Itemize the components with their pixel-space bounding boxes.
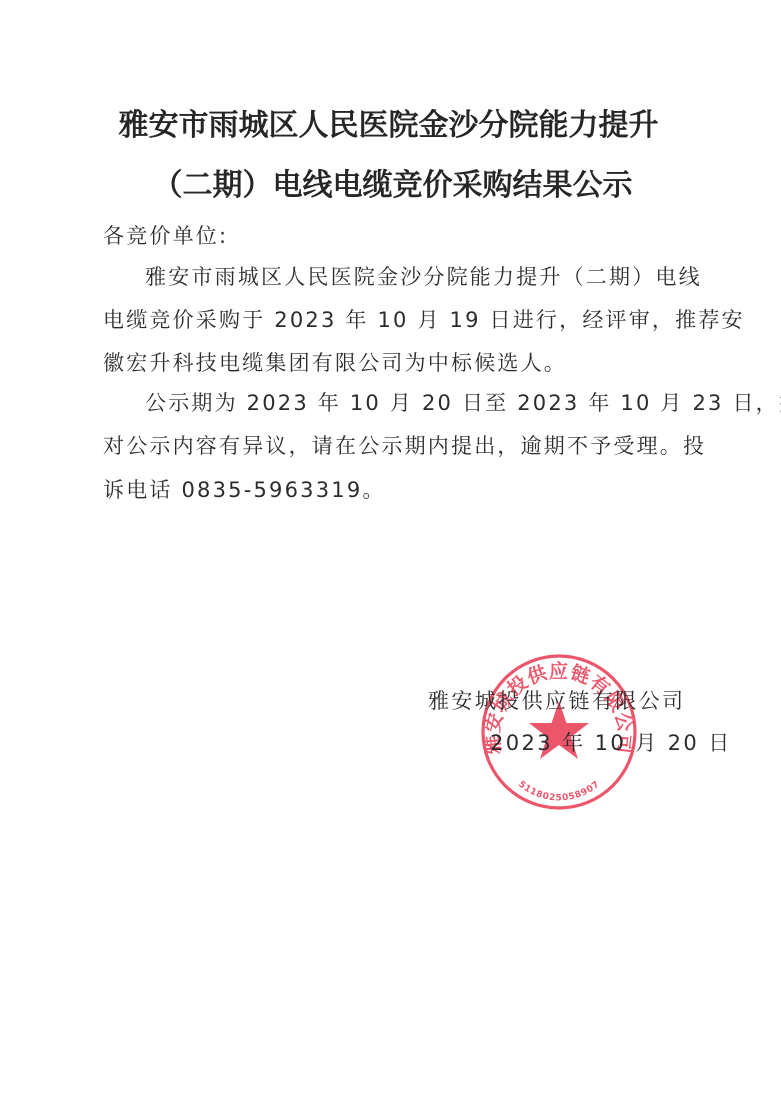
paragraph-1-line-2: 电缆竞价采购于 2023 年 10 月 19 日进行，经评审，推荐安	[103, 304, 745, 334]
paragraph-2-line-1: 公示期为 2023 年 10 月 20 日至 2023 年 10 月 23 日，…	[145, 387, 781, 417]
document-page: 雅安市雨城区人民医院金沙分院能力提升 （二期）电线电缆竞价采购结果公示 各竞价单…	[0, 0, 781, 1103]
document-title-line-2: （二期）电线电缆竞价采购结果公示	[2, 160, 781, 204]
signature-organization: 雅安城投供应链有限公司	[428, 685, 685, 715]
paragraph-1-line-1: 雅安市雨城区人民医院金沙分院能力提升（二期）电线	[145, 261, 702, 291]
salutation: 各竞价单位:	[103, 220, 228, 250]
document-title-line-1: 雅安市雨城区人民医院金沙分院能力提升	[0, 100, 779, 144]
paragraph-2-line-2: 对公示内容有异议，请在公示期内提出，逾期不予受理。投	[103, 430, 706, 460]
svg-text:5118025058907: 5118025058907	[516, 779, 602, 803]
stamp-code: 5118025058907	[516, 779, 602, 803]
paragraph-2-line-3: 诉电话 0835-5963319。	[103, 474, 386, 504]
signature-date: 2023 年 10 月 20 日	[490, 727, 732, 757]
paragraph-1-line-3: 徽宏升科技电缆集团有限公司为中标候选人。	[103, 347, 567, 377]
